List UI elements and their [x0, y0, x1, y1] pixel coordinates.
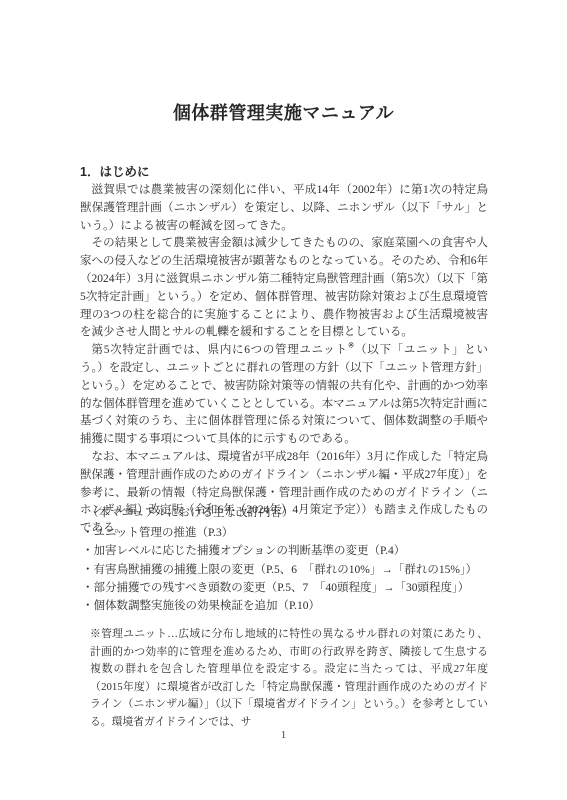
revision-summary-block: （本マニュアルにおける主な改訂内容） ・ユニット管理の推進（P.3） ・加害レベ…	[82, 504, 488, 615]
management-unit-footnote: ※管理ユニット…広域に分布し地域的に特性の異なるサル群れの対策にあたり、計画的か…	[90, 626, 488, 732]
body-paragraph-2: その結果として農業被害金額は減少してきたものの、家庭菜園への食害や人家への侵入な…	[80, 235, 488, 342]
revision-item: ・部分捕獲での残すべき頭数の変更（P.5、7 「40頭程度」→「30頭程度」）	[82, 579, 488, 597]
section-1-body: 滋賀県では農業被害の深刻化に伴い、平成14年（2002年）に第1次の特定鳥獣保護…	[80, 182, 488, 538]
document-title: 個体群管理実施マニュアル	[0, 99, 567, 125]
revision-item: ・有害鳥獣捕獲の捕獲上限の変更（P.5、6 「群れの10%」→「群れの15%」）	[82, 561, 488, 579]
revision-summary-heading: （本マニュアルにおける主な改訂内容）	[82, 504, 488, 522]
page-number: 1	[0, 729, 567, 741]
revision-item: ・個体数調整実施後の効果検証を追加（P.10）	[82, 597, 488, 615]
paragraph-3-text-before-marker: 第5次特定計画では、県内に6つの管理ユニット	[92, 344, 348, 356]
body-paragraph-1: 滋賀県では農業被害の深刻化に伴い、平成14年（2002年）に第1次の特定鳥獣保護…	[80, 182, 488, 235]
document-page: 個体群管理実施マニュアル 1．はじめに 滋賀県では農業被害の深刻化に伴い、平成1…	[0, 0, 567, 800]
revision-item: ・加害レベルに応じた捕獲オプションの判断基準の変更（P.4）	[82, 542, 488, 560]
section-1-heading: 1．はじめに	[80, 162, 149, 180]
revision-item: ・ユニット管理の推進（P.3）	[82, 524, 488, 542]
footnote-reference-marker: ※	[348, 341, 355, 350]
body-paragraph-3: 第5次特定計画では、県内に6つの管理ユニット※（以下「ユニット」という。）を設定…	[80, 342, 488, 449]
paragraph-3-text-after-marker: （以下「ユニット」という。）を設定し、ユニットごとに群れの管理の方針（以下「ユニ…	[80, 344, 488, 445]
